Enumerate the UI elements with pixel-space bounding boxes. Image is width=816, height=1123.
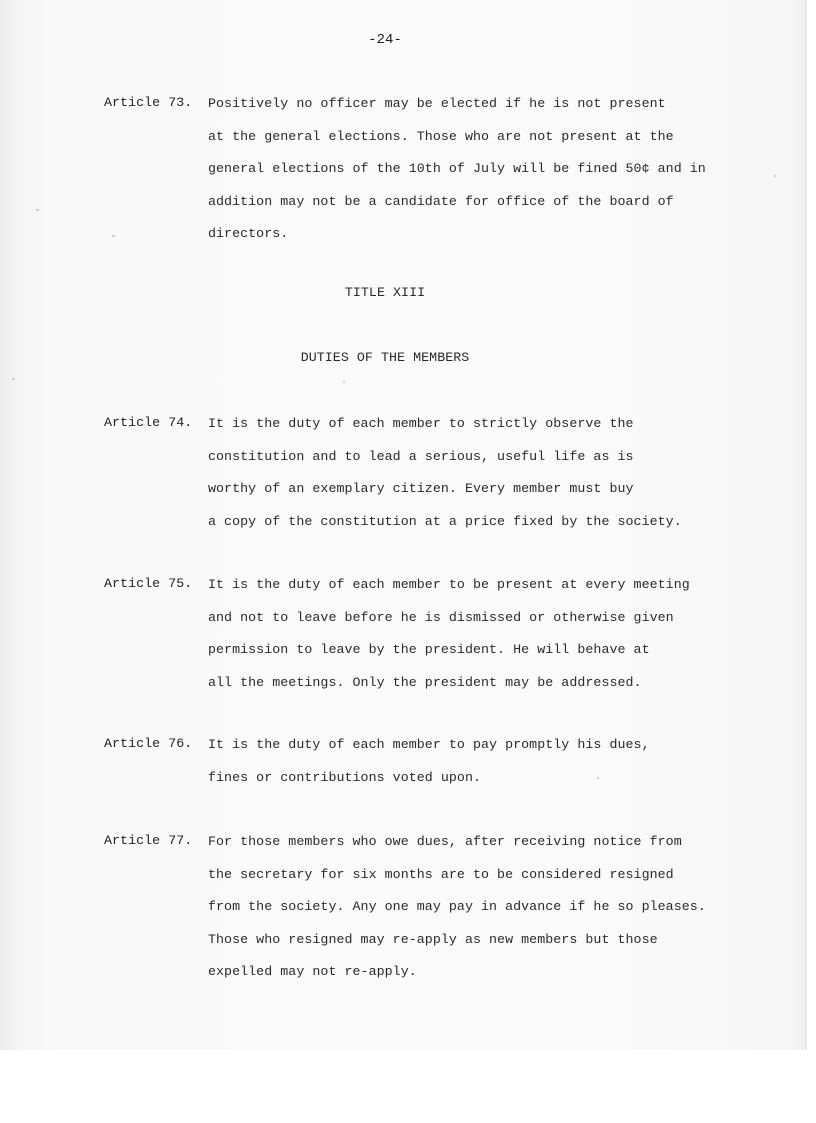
- document-page: -24- Article 73. Positively no officer m…: [0, 0, 816, 1123]
- article-label: Article 73.: [104, 95, 192, 110]
- text-line: It is the duty of each member to pay pro…: [208, 736, 650, 769]
- text-line: directors.: [208, 225, 706, 258]
- text-line: fines or contributions voted upon.: [208, 769, 650, 802]
- scan-speck: [343, 381, 345, 383]
- page-number: -24-: [0, 32, 770, 48]
- section-title: TITLE XIII: [0, 285, 770, 300]
- text-line: general elections of the 10th of July wi…: [208, 160, 706, 193]
- text-line: It is the duty of each member to strictl…: [208, 415, 682, 448]
- text-line: the secretary for six months are to be c…: [208, 866, 706, 899]
- text-line: For those members who owe dues, after re…: [208, 833, 706, 866]
- text-line: Positively no officer may be elected if …: [208, 95, 706, 128]
- article-label: Article 75.: [104, 576, 192, 591]
- article-text: It is the duty of each member to strictl…: [208, 415, 682, 545]
- text-line: constitution and to lead a serious, usef…: [208, 448, 682, 481]
- text-line: addition may not be a candidate for offi…: [208, 193, 706, 226]
- section-subtitle: DUTIES OF THE MEMBERS: [0, 350, 770, 365]
- text-line: all the meetings. Only the president may…: [208, 674, 690, 707]
- text-line: expelled may not re-apply.: [208, 963, 706, 996]
- article-text: Positively no officer may be elected if …: [208, 95, 706, 258]
- scan-speck: [597, 777, 599, 779]
- article-label: Article 76.: [104, 736, 192, 751]
- text-line: It is the duty of each member to be pres…: [208, 576, 690, 609]
- text-line: permission to leave by the president. He…: [208, 641, 690, 674]
- article-text: It is the duty of each member to pay pro…: [208, 736, 650, 801]
- article-label: Article 77.: [104, 833, 192, 848]
- text-line: from the society. Any one may pay in adv…: [208, 898, 706, 931]
- article-label: Article 74.: [104, 415, 192, 430]
- scan-speck: [112, 235, 115, 237]
- text-line: and not to leave before he is dismissed …: [208, 609, 690, 642]
- text-line: Those who resigned may re-apply as new m…: [208, 931, 706, 964]
- scan-speck: [36, 209, 39, 211]
- scan-speck: [12, 378, 15, 380]
- text-line: at the general elections. Those who are …: [208, 128, 706, 161]
- text-line: a copy of the constitution at a price fi…: [208, 513, 682, 546]
- article-text: For those members who owe dues, after re…: [208, 833, 706, 996]
- text-line: worthy of an exemplary citizen. Every me…: [208, 480, 682, 513]
- article-text: It is the duty of each member to be pres…: [208, 576, 690, 706]
- scan-speck: [774, 175, 776, 177]
